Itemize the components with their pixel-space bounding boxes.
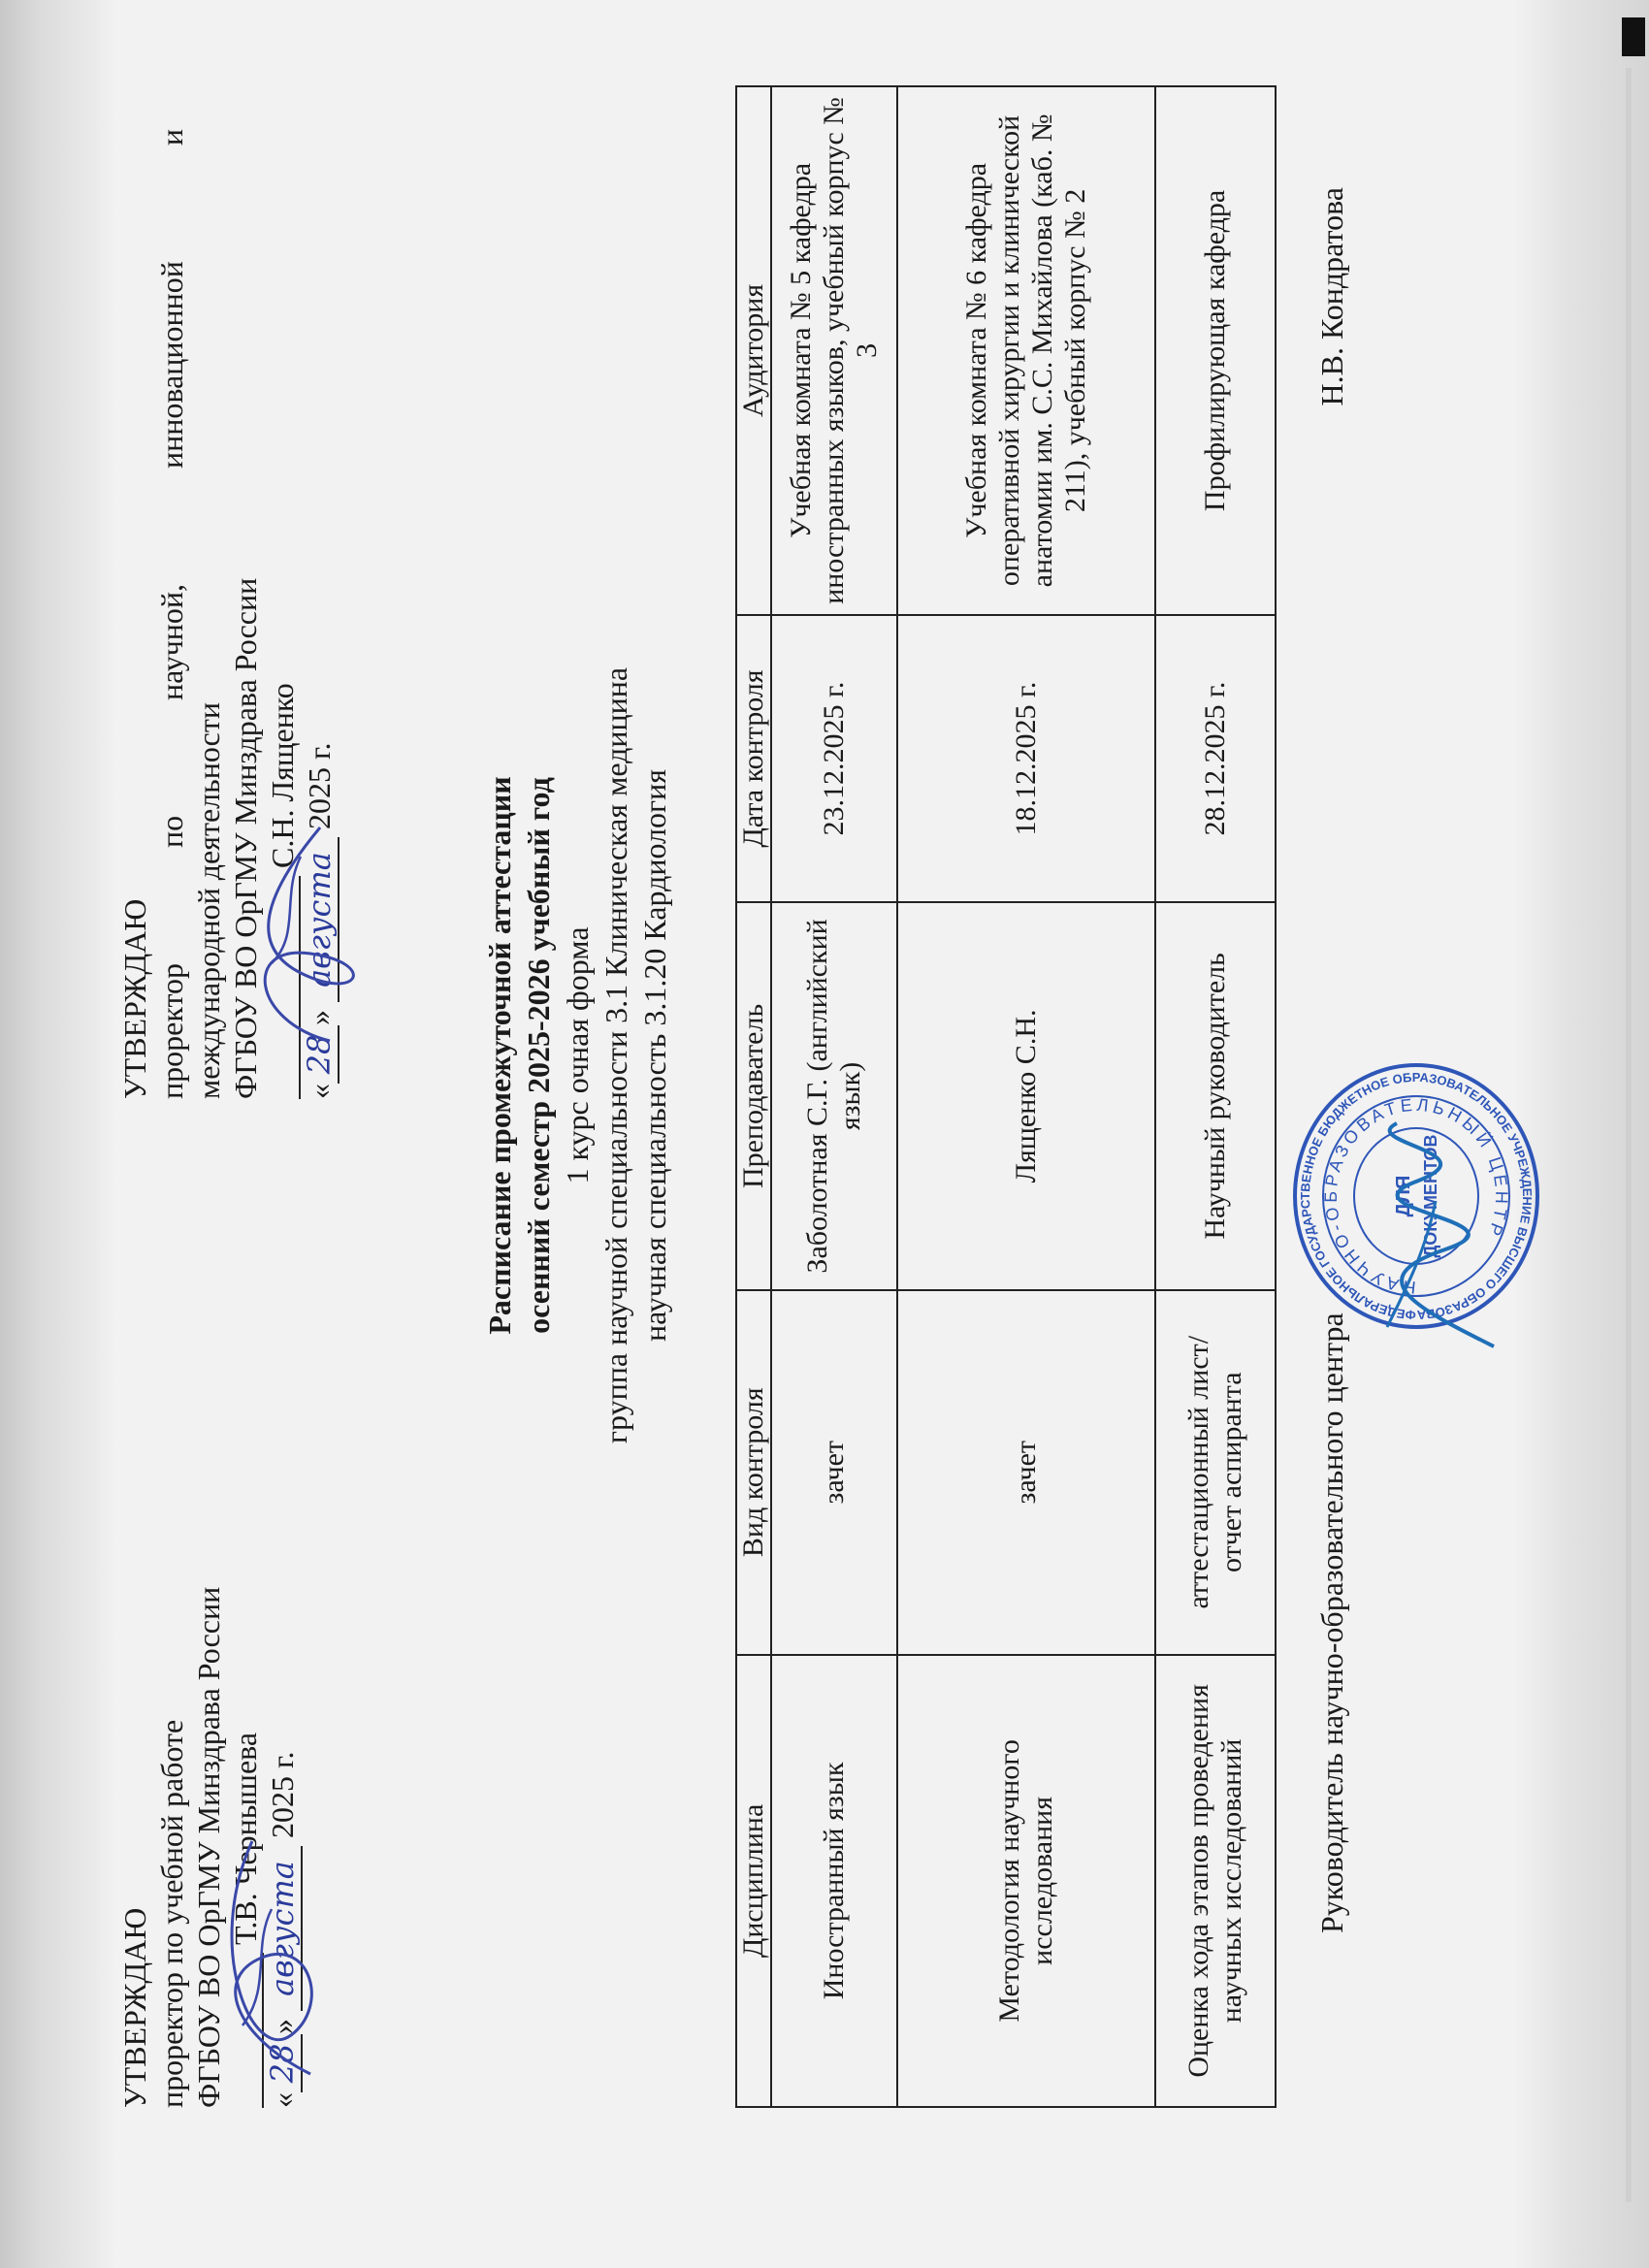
cell-room: Учебная комната № 6 кафедра оперативной … [897,86,1155,615]
approval-signature-line: С.Н. Лященко [264,129,301,1099]
approval-block-right: УТВЕРЖДАЮ проректор по научной, инноваци… [116,129,339,1099]
schedule-table: Дисциплина Вид контроля Преподаватель Да… [735,85,1277,2108]
heading-specialty: научная специальность 3.1.20 Кардиология [635,522,674,1589]
date-month: августа [301,837,339,1002]
stamp-center-line2: ДОКУМЕНТОВ [1421,1134,1440,1257]
approval-title: УТВЕРЖДАЮ [116,129,153,1099]
document-heading: Расписание промежуточной аттестации осен… [480,522,674,1589]
approval-title: УТВЕРЖДАЮ [116,1312,153,2108]
date-day: 28 [301,1025,339,1084]
cell-control-type: зачет [771,1290,897,1655]
heading-title: Расписание промежуточной аттестации [480,522,519,1589]
approval-date: «28» августа 2025 г. [264,1312,303,2108]
heading-semester: осенний семестр 2025-2026 учебный год [519,522,558,1589]
header-room: Аудитория [736,86,771,615]
cell-teacher: Заболотная С.Г. (английский язык) [771,902,897,1289]
cell-teacher: Лященко С.Н. [897,902,1155,1289]
footer-signatory: Н.В. Кондратова [1314,187,1350,405]
header-control-type: Вид контроля [736,1290,771,1655]
cell-discipline: Методология научного исследования [897,1655,1155,2107]
footer-position: Руководитель научно-образовательного цен… [1314,1312,1350,1933]
cell-room: Учебная комната № 5 кафедра иностранных … [771,86,897,615]
document-page: УТВЕРЖДАЮ проректор по учебной работе ФГ… [0,0,1649,2268]
approval-signatory: С.Н. Лященко [265,683,300,868]
approval-position: проректор по научной, инновационной и [153,129,190,1099]
date-month: августа [264,1846,303,2011]
stamp-center-line1: ДЛЯ [1393,1176,1414,1217]
approval-position-cont: международной деятельности [190,129,227,1099]
table-header-row: Дисциплина Вид контроля Преподаватель Да… [736,86,771,2107]
approval-signature-line: Т.В. Чернышева [227,1312,264,2108]
table-row: Методология научного исследования зачет … [897,86,1155,2107]
approval-organization: ФГБОУ ВО ОрГМУ Минздрава России [190,1312,227,2108]
approval-date: «28» августа 2025 г. [301,129,339,1099]
approval-signatory: Т.В. Чернышева [228,1733,263,1945]
table-row: Оценка хода этапов проведения научных ис… [1155,86,1276,2107]
date-year: 2025 г. [265,1751,300,1838]
date-year: 2025 г. [302,742,337,829]
heading-course: 1 курс очная форма [558,522,597,1589]
cell-date: 18.12.2025 г. [897,615,1155,902]
header-teacher: Преподаватель [736,902,771,1289]
cell-control-type: аттестационный лист/ отчет аспиранта [1155,1290,1276,1655]
approval-block-left: УТВЕРЖДАЮ проректор по учебной работе ФГ… [116,1312,303,2108]
cell-discipline: Иностранный язык [771,1655,897,2107]
approval-organization: ФГБОУ ВО ОрГМУ Минздрава России [227,129,264,1099]
cell-room: Профилирующая кафедра [1155,86,1276,615]
cell-discipline: Оценка хода этапов проведения научных ис… [1155,1655,1276,2107]
official-stamp-icon: ФЕДЕРАЛЬНОЕ ГОСУДАРСТВЕННОЕ БЮДЖЕТНОЕ ОБ… [1285,1055,1547,1337]
cell-teacher: Научный руководитель [1155,902,1276,1289]
heading-group: группа научной специальности 3.1 Клиниче… [597,522,635,1589]
header-date: Дата контроля [736,615,771,902]
date-day: 28 [264,2034,303,2092]
cell-date: 28.12.2025 г. [1155,615,1276,902]
approval-position: проректор по учебной работе [153,1312,190,2108]
cell-control-type: зачет [897,1290,1155,1655]
header-discipline: Дисциплина [736,1655,771,2107]
cell-date: 23.12.2025 г. [771,615,897,902]
table-row: Иностранный язык зачет Заболотная С.Г. (… [771,86,897,2107]
